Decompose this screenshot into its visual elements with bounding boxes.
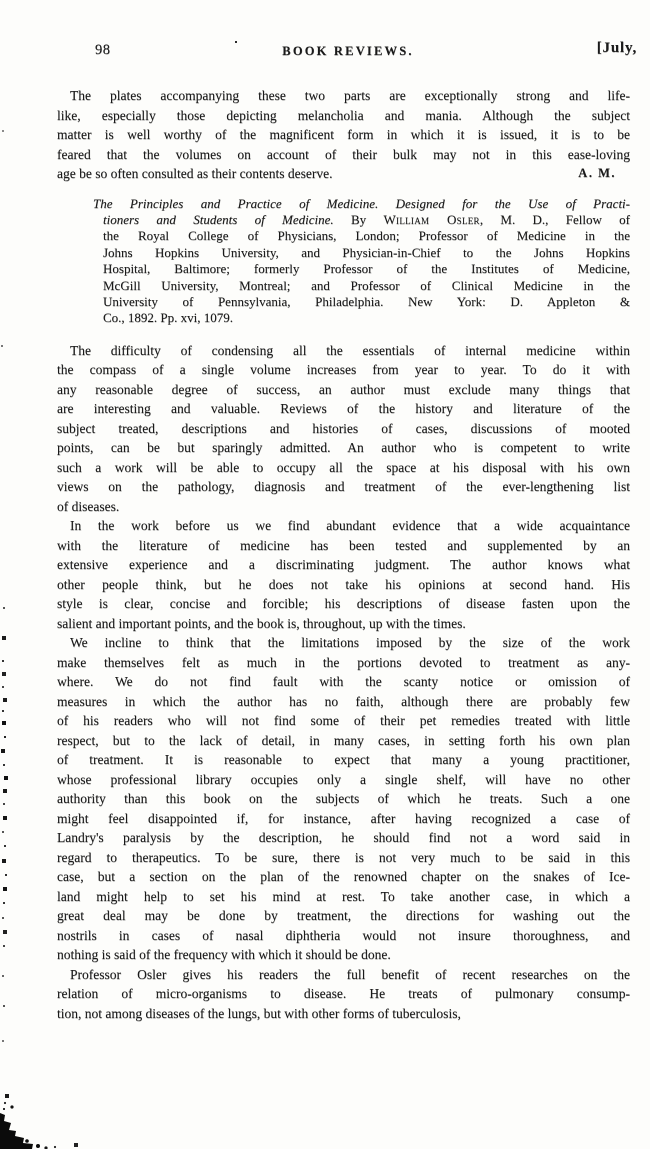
text-line: We incline to think that the limitations… — [57, 633, 630, 653]
page-header: 98 BOOK REVIEWS. [July, — [0, 42, 650, 62]
scan-speck-artifacts — [0, 0, 2, 2]
text-line: Hospital, Baltimore; formerly Professor … — [103, 261, 630, 277]
paragraph: In the work before us we find abundant e… — [57, 516, 630, 633]
text-segment-italic: The Principles and Practice of Medicine.… — [93, 196, 630, 211]
text-line: like, especially those depicting melanch… — [57, 106, 630, 126]
text-line: views on the pathology, diagnosis and tr… — [57, 477, 630, 497]
text-line: make themselves felt as much in the port… — [57, 653, 630, 673]
text-line: extensive experience and a discriminatin… — [57, 555, 630, 575]
text-line: regard to therapeutics. To be sure, ther… — [57, 848, 630, 868]
text-line: McGill University, Montreal; and Profess… — [103, 278, 630, 294]
text-line: nothing is said of the frequency with wh… — [57, 945, 630, 965]
text-line: relation of micro-organisms to disease. … — [57, 984, 630, 1004]
text-line: where. We do not find fault with the sca… — [57, 672, 630, 692]
text-line: matter is well worthy of the magnificent… — [57, 125, 630, 145]
reviewer-initials: A. M. — [578, 164, 616, 184]
book-citation: The Principles and Practice of Medicine.… — [57, 196, 630, 327]
text-line: age be so often consulted as their conte… — [57, 164, 630, 184]
text-segment-roman: By — [334, 212, 384, 227]
text-line: great deal may be done by treatment, the… — [57, 906, 630, 926]
text-line: The Principles and Practice of Medicine.… — [103, 196, 630, 212]
text-line: of his readers who will not find some of… — [57, 711, 630, 731]
text-line: The plates accompanying these two parts … — [57, 86, 630, 106]
text-line: University of Pennsylvania, Philadelphia… — [103, 294, 630, 310]
text-line: tioners and Students of Medicine. By Wil… — [103, 212, 630, 228]
text-line: are interesting and valuable. Reviews of… — [57, 399, 630, 419]
text-line: whose professional library occupies only… — [57, 770, 630, 790]
text-line: salient and important points, and the bo… — [57, 614, 630, 634]
paragraph: The difficulty of condensing all the ess… — [57, 341, 630, 517]
scanned-page: 98 BOOK REVIEWS. [July, The plates accom… — [0, 0, 650, 1149]
paragraph: We incline to think that the limitations… — [57, 633, 630, 965]
article-body: The plates accompanying these two parts … — [57, 86, 630, 1023]
text-segment-roman: , M. D., Fellow of — [480, 212, 630, 227]
text-line: case, but a section on the plan of the r… — [57, 867, 630, 887]
paragraph: Professor Osler gives his readers the fu… — [57, 965, 630, 1024]
text-line: measures in which the author has no fait… — [57, 692, 630, 712]
text-line: Johns Hopkins University, and Physician-… — [103, 245, 630, 261]
text-line: nostrils in cases of nasal diphtheria wo… — [57, 926, 630, 946]
text-line: Professor Osler gives his readers the fu… — [57, 965, 630, 985]
text-line: In the work before us we find abundant e… — [57, 516, 630, 536]
text-line: feared that the volumes on account of th… — [57, 145, 630, 165]
text-line: the compass of a single volume increases… — [57, 360, 630, 380]
text-line: authority than this book on the subjects… — [57, 789, 630, 809]
text-line: other people think, but he does not take… — [57, 575, 630, 595]
text-line: any reasonable degree of success, an aut… — [57, 380, 630, 400]
text-line: Co., 1892. Pp. xvi, 1079. — [103, 310, 630, 326]
text-line: the Royal College of Physicians, London;… — [103, 228, 630, 244]
text-line: of diseases. — [57, 497, 630, 517]
text-line: of treatment. It is reasonable to expect… — [57, 750, 630, 770]
text-line: might feel disappointed if, for instance… — [57, 809, 630, 829]
paragraph: The plates accompanying these two parts … — [57, 86, 630, 184]
issue-date-label: [July, — [597, 40, 637, 57]
text-segment-smallcaps: William Osler — [383, 212, 479, 227]
text-line: such a work will be able to occupy all t… — [57, 458, 630, 478]
text-line: The difficulty of condensing all the ess… — [57, 341, 630, 361]
text-line: points, can be but sparingly admitted. A… — [57, 438, 630, 458]
text-line: Landry's paralysis by the description, h… — [57, 828, 630, 848]
ink-blot-artifact — [0, 1097, 70, 1149]
text-line: subject treated, descriptions and histor… — [57, 419, 630, 439]
text-line: respect, but to the lack of detail, in m… — [57, 731, 630, 751]
text-line: tion, not among diseases of the lungs, b… — [57, 1004, 630, 1024]
running-title: BOOK REVIEWS. — [282, 44, 413, 59]
page-number: 98 — [95, 42, 111, 59]
text-line: with the literature of medicine has been… — [57, 536, 630, 556]
text-line: land might help to set his mind at rest.… — [57, 887, 630, 907]
text-segment-italic: tioners and Students of Medicine. — [103, 212, 334, 227]
text-line: style is clear, concise and forcible; hi… — [57, 594, 630, 614]
